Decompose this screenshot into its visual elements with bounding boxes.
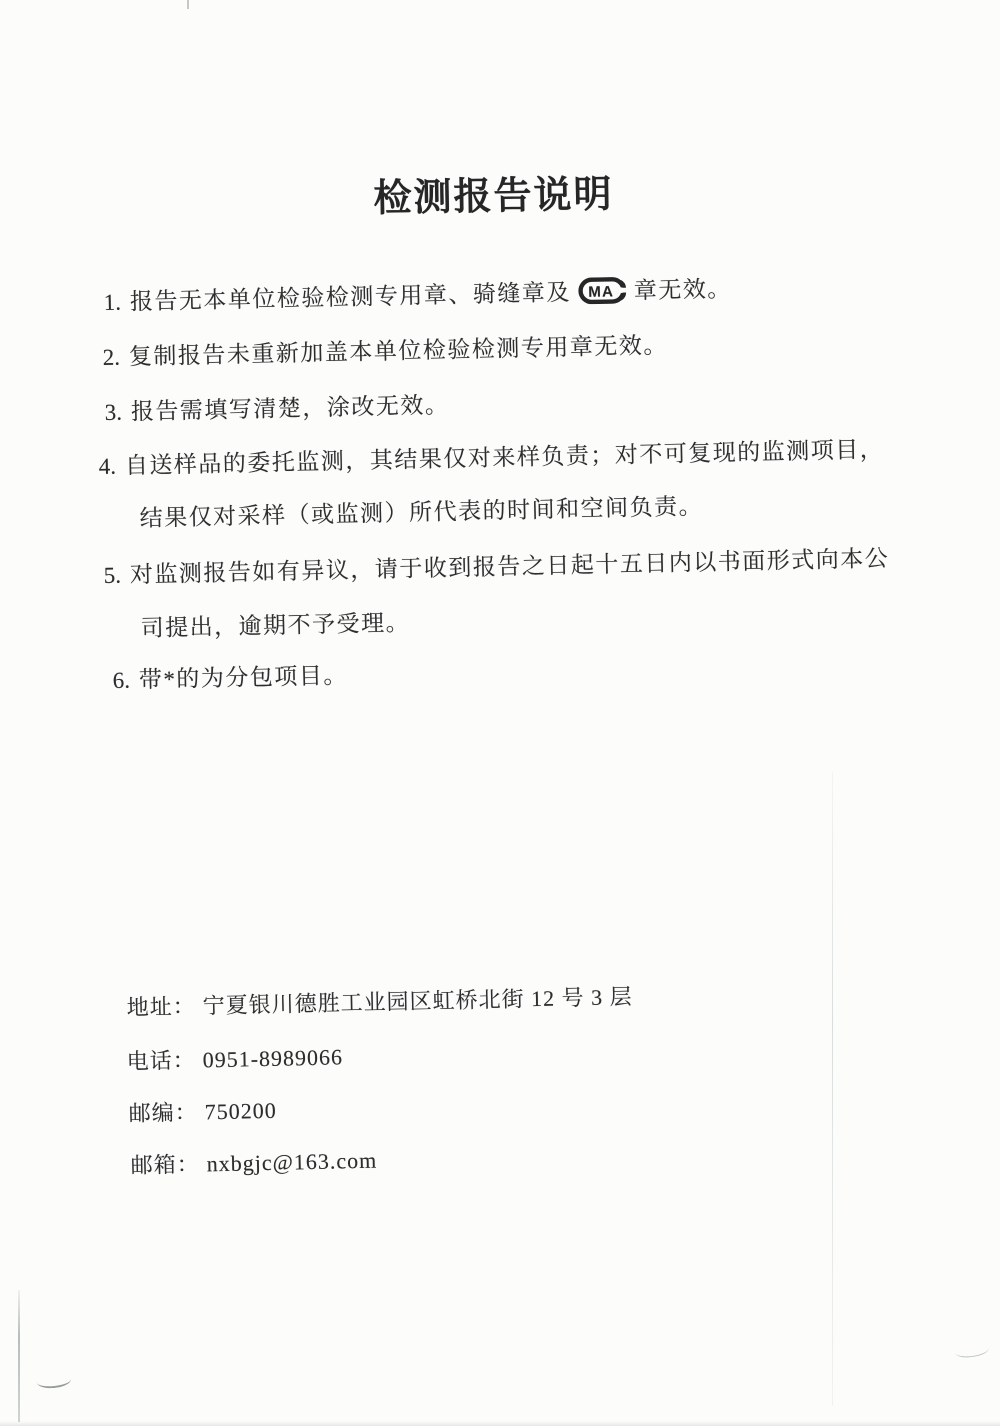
scan-crease-line bbox=[832, 772, 833, 1406]
note-number: 5. bbox=[103, 561, 121, 591]
pencil-mark bbox=[954, 1342, 989, 1360]
scanned-page: 检测报告说明 1.报告无本单位检验检测专用章、骑缝章及 MA 章无效。 2.复制… bbox=[0, 0, 1000, 1426]
postcode-value: 750200 bbox=[204, 1098, 277, 1125]
contact-email: 邮箱：nxbgjc@163.com bbox=[130, 1147, 377, 1180]
phone-value: 0951-8989066 bbox=[202, 1044, 343, 1072]
cma-stamp-text: MA bbox=[588, 283, 614, 301]
cma-stamp-icon: MA bbox=[577, 277, 627, 305]
scan-speck bbox=[187, 0, 189, 9]
note-text: 报告需填写清楚，涂改无效。 bbox=[131, 392, 450, 424]
email-label: 邮箱： bbox=[130, 1152, 200, 1178]
contact-address: 地址：宁夏银川德胜工业园区虹桥北街 12 号 3 层 bbox=[126, 983, 633, 1022]
note-text: 带*的为分包项目。 bbox=[139, 663, 348, 693]
postcode-label: 邮编： bbox=[128, 1100, 198, 1126]
address-value: 宁夏银川德胜工业园区虹桥北街 12 号 3 层 bbox=[202, 984, 632, 1018]
note-number: 1. bbox=[103, 288, 121, 318]
note-text: 章无效。 bbox=[634, 276, 733, 303]
address-label: 地址： bbox=[126, 994, 196, 1020]
scan-bottom-shadow bbox=[0, 1421, 1000, 1426]
contact-postcode: 邮编：750200 bbox=[128, 1097, 277, 1128]
contact-phone: 电话：0951-8989066 bbox=[126, 1043, 343, 1076]
pencil-mark bbox=[36, 1372, 71, 1389]
note-line-6: 6.带*的为分包项目。 bbox=[112, 661, 348, 696]
note-line-5-continued: 司提出，逾期不予受理。 bbox=[140, 608, 410, 644]
note-line-3: 3.报告需填写清楚，涂改无效。 bbox=[104, 390, 449, 428]
note-text: 自送样品的委托监测，其结果仅对来样负责；对不可复现的监测项目， bbox=[125, 437, 885, 479]
note-text: 对监测报告如有异议，请于收到报告之日起十五日内以书面形式向本公 bbox=[130, 546, 890, 588]
phone-label: 电话： bbox=[126, 1048, 196, 1074]
note-number: 4. bbox=[98, 452, 116, 482]
page-title: 检测报告说明 bbox=[373, 163, 614, 222]
note-number: 3. bbox=[104, 398, 122, 428]
note-number: 2. bbox=[102, 343, 120, 373]
note-line-4-continued: 结果仅对采样（或监测）所代表的时间和空间负责。 bbox=[139, 492, 703, 534]
note-line-1: 1.报告无本单位检验检测专用章、骑缝章及 MA 章无效。 bbox=[103, 274, 732, 318]
email-value: nxbgjc@163.com bbox=[206, 1148, 377, 1177]
note-number: 6. bbox=[112, 666, 130, 696]
scan-edge-line bbox=[18, 1290, 20, 1422]
note-text: 司提出，逾期不予受理。 bbox=[140, 610, 410, 641]
note-text: 报告无本单位检验检测专用章、骑缝章及 bbox=[130, 280, 571, 315]
note-line-5: 5.对监测报告如有异议，请于收到报告之日起十五日内以书面形式向本公 bbox=[103, 544, 889, 591]
note-line-2: 2.复制报告未重新加盖本单位检验检测专用章无效。 bbox=[102, 331, 668, 373]
note-text: 复制报告未重新加盖本单位检验检测专用章无效。 bbox=[129, 333, 668, 370]
note-text: 结果仅对采样（或监测）所代表的时间和空间负责。 bbox=[139, 494, 703, 531]
note-line-4: 4.自送样品的委托监测，其结果仅对来样负责；对不可复现的监测项目， bbox=[98, 435, 884, 482]
